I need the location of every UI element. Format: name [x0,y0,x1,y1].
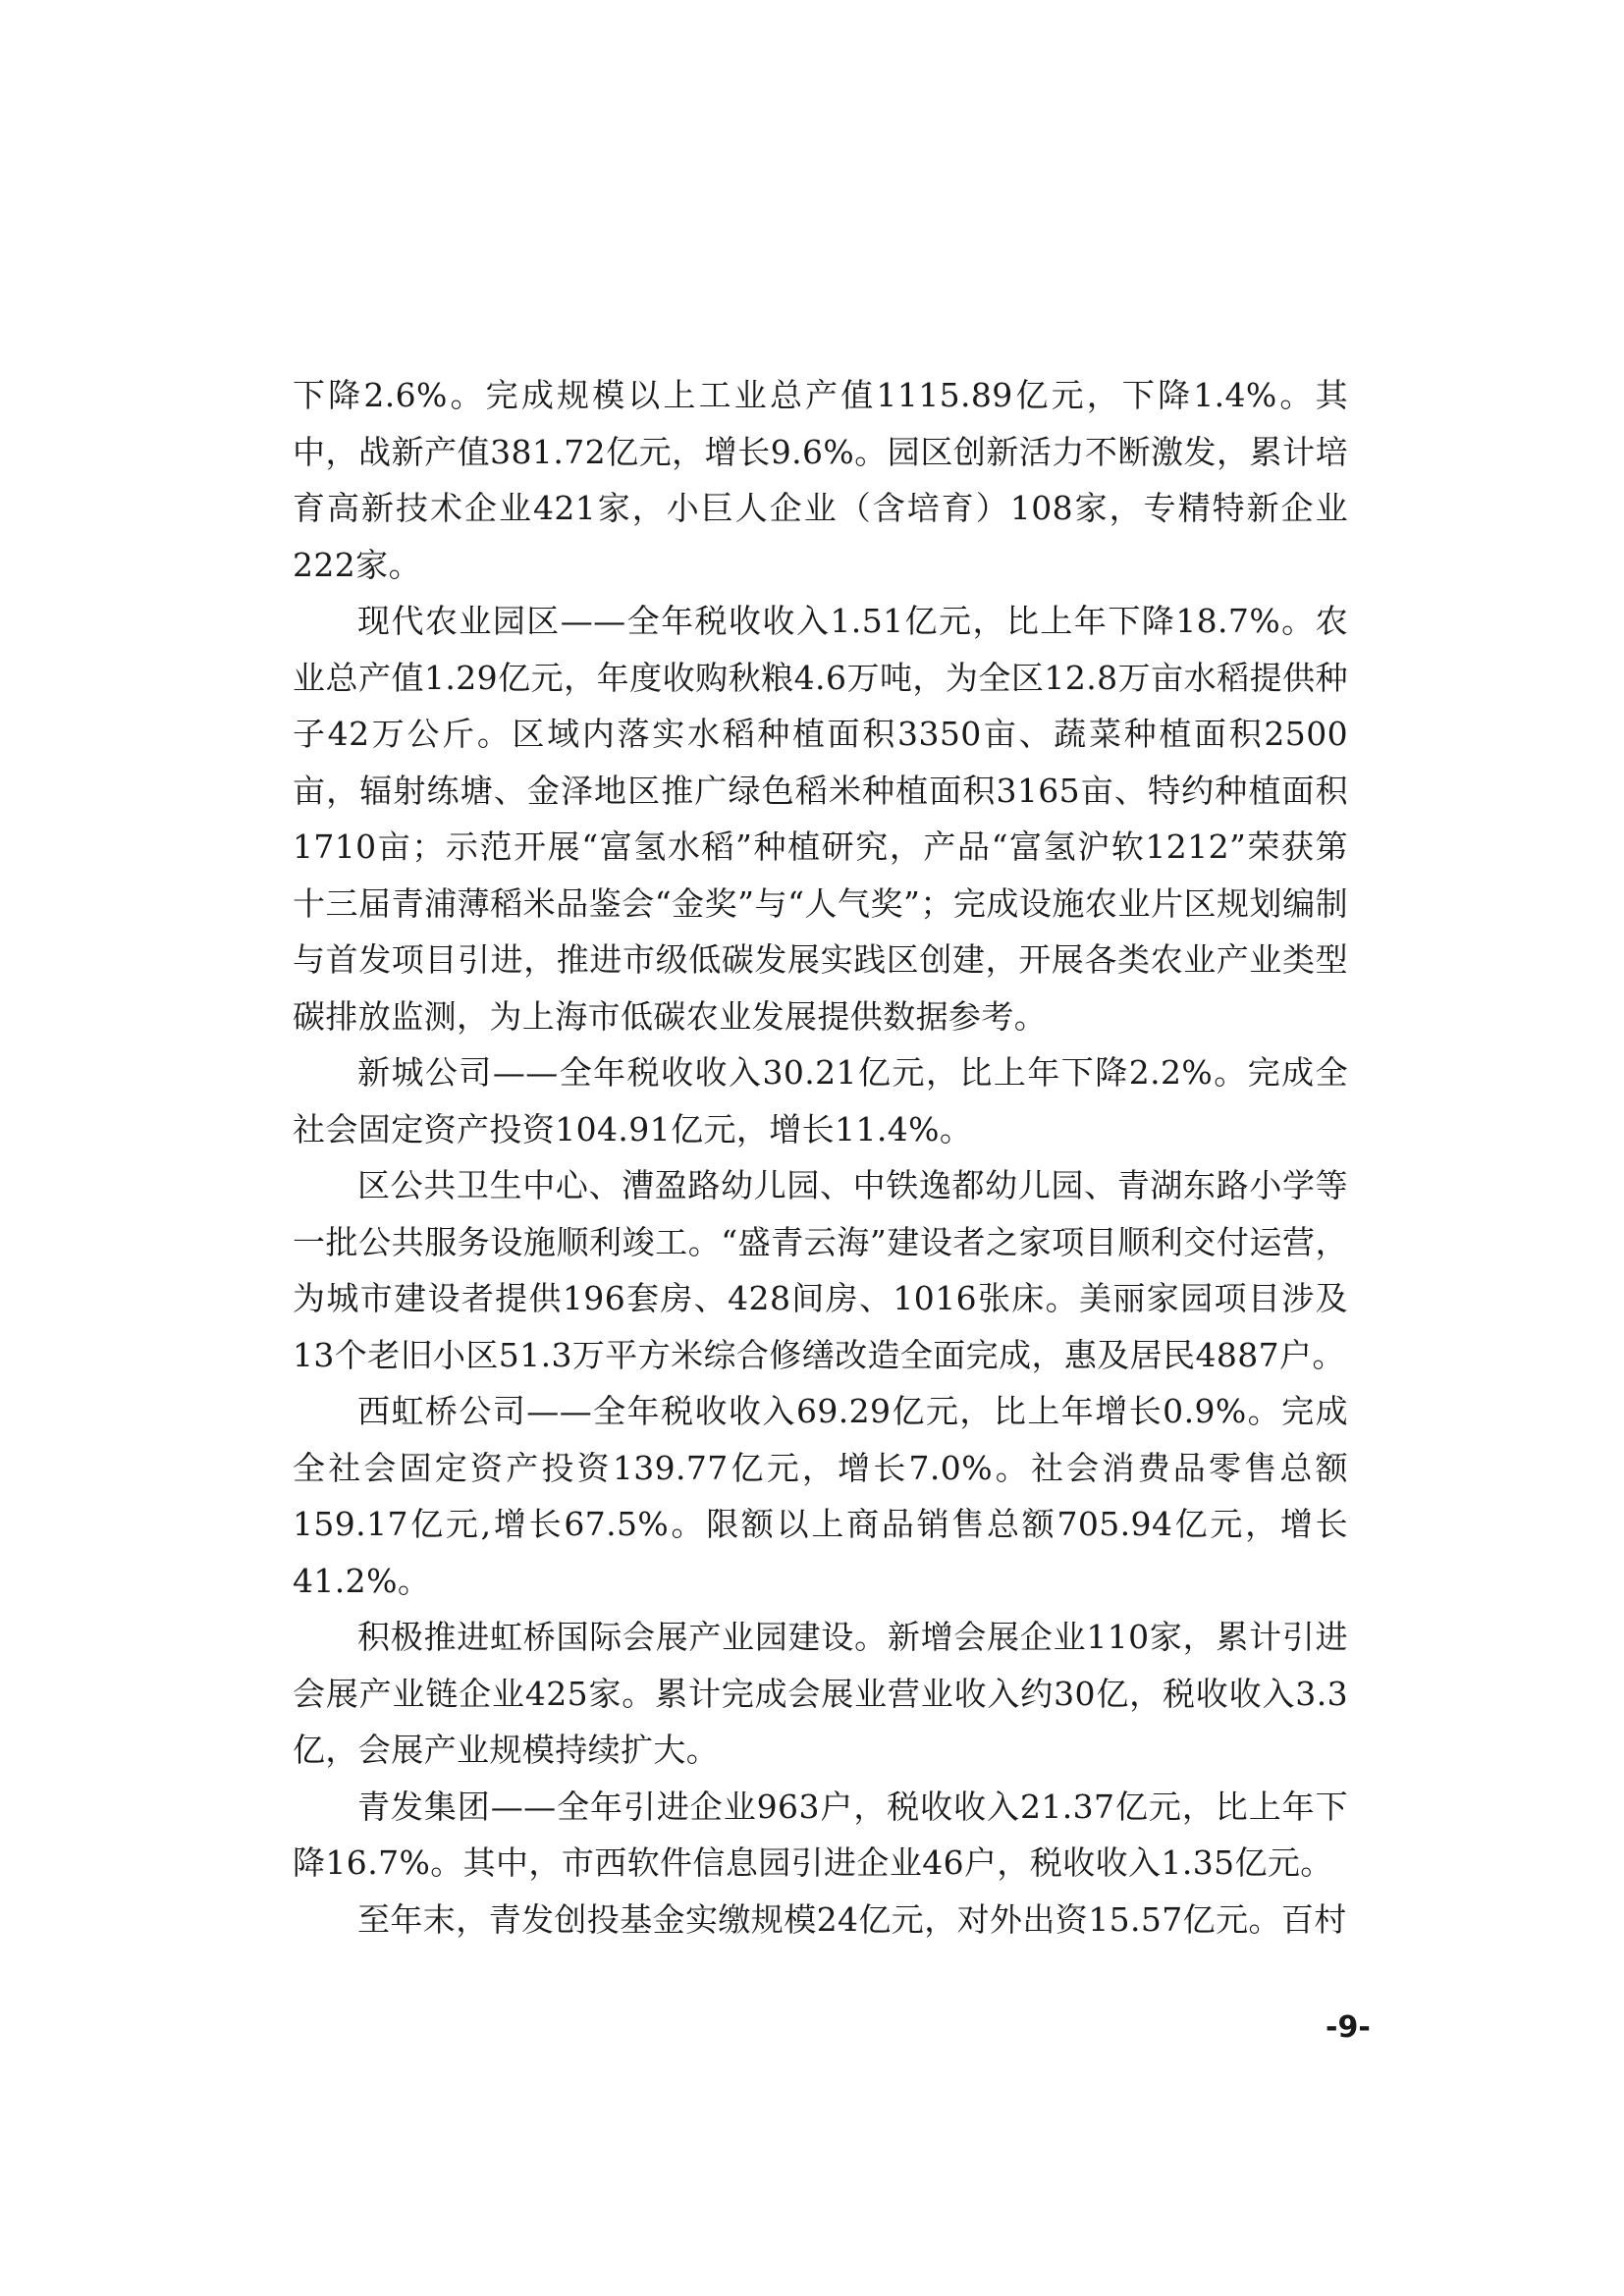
paragraph-west-hongqiao-company: 西虹桥公司——全年税收收入69.29亿元，比上年增长0.9%。完成全社会固定资产… [293,1383,1348,1609]
paragraph-industrial-output: 下降2.6%。完成规模以上工业总产值1115.89亿元，下降1.4%。其中，战新… [293,367,1348,593]
paragraph-modern-agriculture-park: 现代农业园区——全年税收收入1.51亿元，比上年下降18.7%。农业总产值1.2… [293,593,1348,1044]
paragraph-public-facilities: 区公共卫生中心、漕盈路幼儿园、中铁逸都幼儿园、青湖东路小学等一批公共服务设施顺利… [293,1157,1348,1383]
page-number: -9- [1326,2010,1371,2045]
paragraph-venture-fund: 至年末，青发创投基金实缴规模24亿元，对外出资15.57亿元。百村 [293,1892,1348,1949]
paragraph-new-city-company: 新城公司——全年税收收入30.21亿元，比上年下降2.2%。完成全社会固定资产投… [293,1044,1348,1157]
paragraph-qingfa-group: 青发集团——全年引进企业963户，税收收入21.37亿元，比上年下降16.7%。… [293,1779,1348,1892]
paragraph-convention-industry-park: 积极推进虹桥国际会展产业园建设。新增会展企业110家，累计引进会展产业链企业42… [293,1609,1348,1779]
document-page: 下降2.6%。完成规模以上工业总产值1115.89亿元，下降1.4%。其中，战新… [0,0,1624,2296]
body-text: 下降2.6%。完成规模以上工业总产值1115.89亿元，下降1.4%。其中，战新… [293,367,1348,1948]
